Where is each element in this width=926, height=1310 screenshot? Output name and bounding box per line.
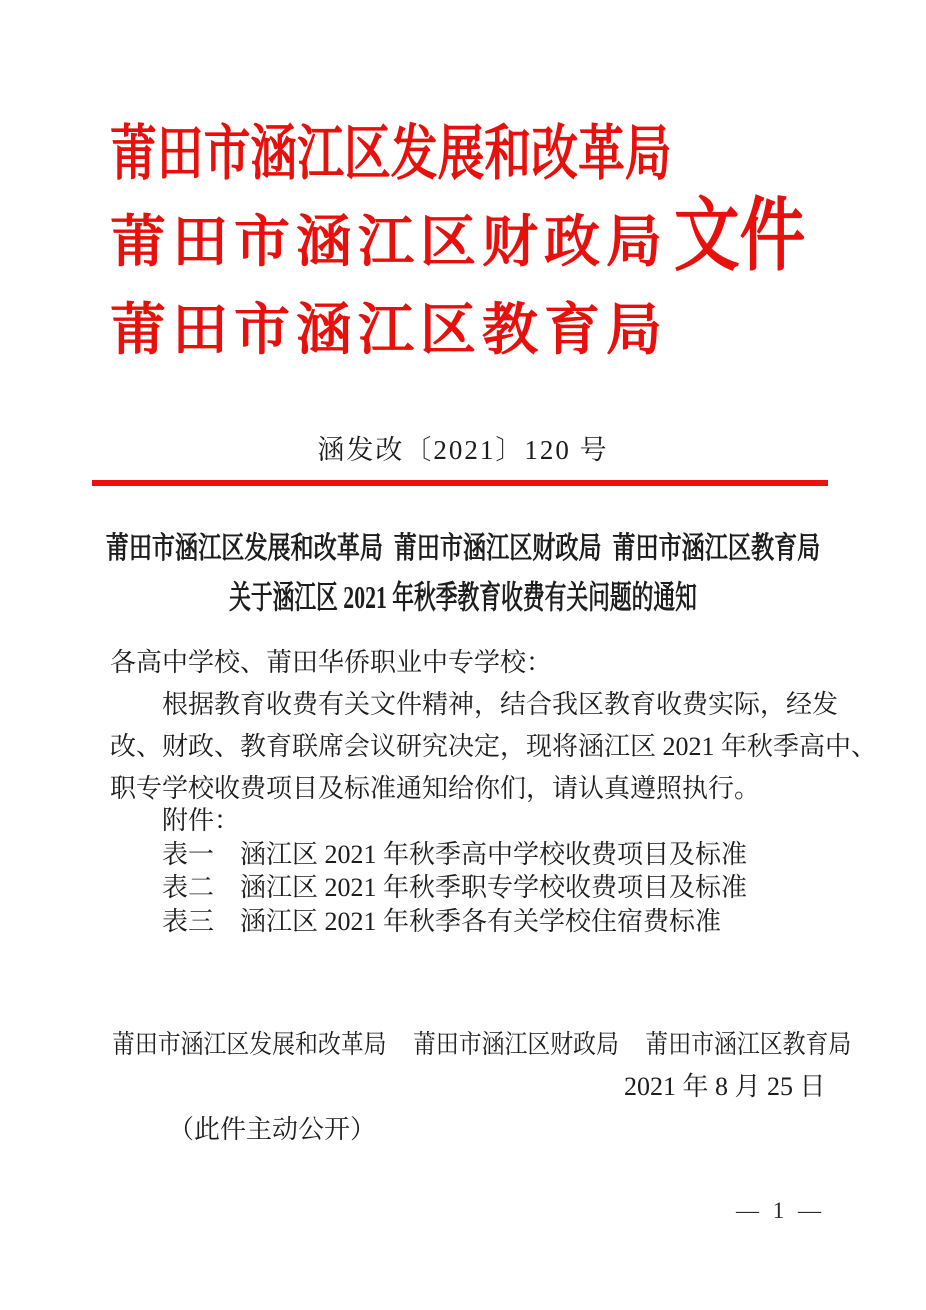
letterhead-agency-finance: 莆田市涵江区财政局 [110,215,668,271]
document-body: 各高中学校、莆田华侨职业中专学校： 根据教育收费有关文件精神，结合我区教育收费实… [110,642,834,810]
signature-agency-development-reform: 莆田市涵江区发展和改革局 [112,1031,387,1060]
attachments-label: 附件： [110,804,834,838]
title-agency-finance: 莆田市涵江区财政局 [394,534,602,564]
document-page: 莆田市涵江区发展和改革局 莆田市涵江区财政局 文件 莆田市涵江区教育局 涵发改〔… [0,0,926,1310]
signature-agency-finance: 莆田市涵江区财政局 [413,1031,619,1060]
document-title-agencies: 莆田市涵江区发展和改革局 莆田市涵江区财政局 莆田市涵江区教育局 [106,534,819,564]
paragraph-line: 改、财政、教育联席会议研究决定，现将涵江区 2021 年秋季高中、 [110,726,834,768]
disclosure-note: （此件主动公开） [168,1116,376,1145]
letterhead-document-word: 文件 [674,197,805,277]
title-agency-education: 莆田市涵江区教育局 [612,534,820,564]
red-divider-rule [92,480,828,486]
letterhead-agency-development-reform: 莆田市涵江区发展和改革局 [110,124,672,184]
attachment-item-table1: 表一 涵江区 2021 年秋季高中学校收费项目及标准 [110,838,834,872]
signature-agencies: 莆田市涵江区发展和改革局 莆田市涵江区财政局 莆田市涵江区教育局 [112,1031,851,1060]
signature-agency-education: 莆田市涵江区教育局 [645,1031,851,1060]
salutation-line: 各高中学校、莆田华侨职业中专学校： [110,642,834,684]
attachment-item-table3: 表三 涵江区 2021 年秋季各有关学校住宿费标准 [110,905,834,939]
title-agency-development-reform: 莆田市涵江区发展和改革局 [106,534,383,564]
document-number: 涵发改〔2021〕120 号 [0,428,926,467]
document-title-subject: 关于涵江区 2021 年秋季教育收费有关问题的通知 [148,581,778,613]
attachments-list: 附件： 表一 涵江区 2021 年秋季高中学校收费项目及标准 表二 涵江区 20… [110,804,834,938]
page-number: — 1 — [736,1198,825,1224]
signature-date: 2021 年 8 月 25 日 [624,1073,826,1102]
attachment-item-table2: 表二 涵江区 2021 年秋季职专学校收费项目及标准 [110,871,834,905]
paragraph-line: 根据教育收费有关文件精神，结合我区教育收费实际，经发 [110,684,834,726]
letterhead-agency-education: 莆田市涵江区教育局 [110,303,668,359]
